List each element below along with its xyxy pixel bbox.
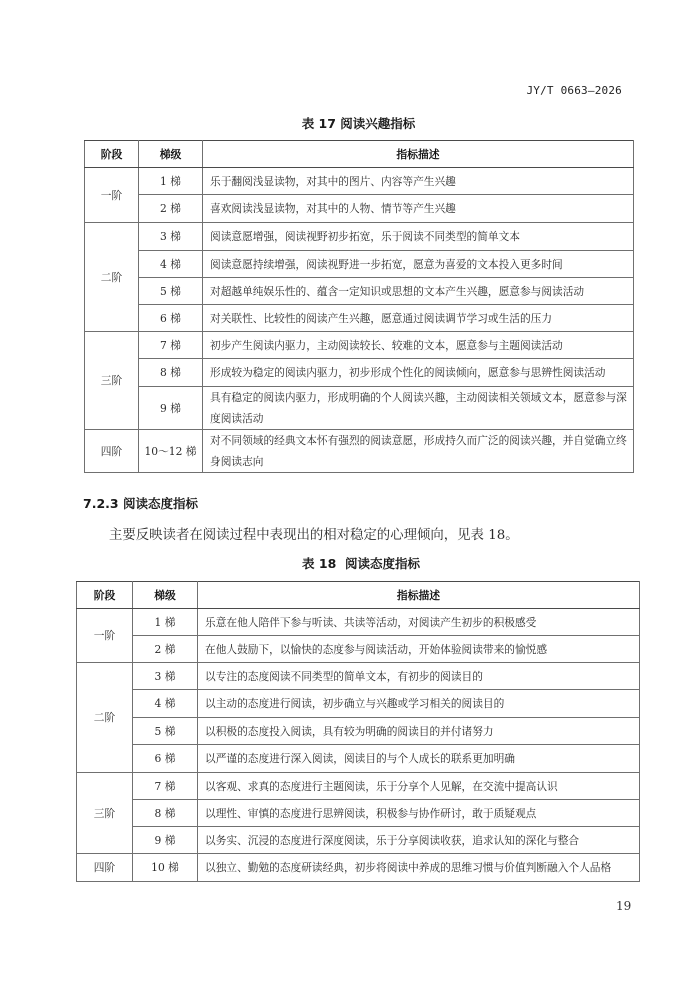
description-cell: 以独立、勤勉的态度研读经典，初步将阅读中养成的思维习惯与价值判断融入个人品格 bbox=[198, 854, 640, 882]
table-row: 二阶 3 梯 阅读意愿增强，阅读视野初步拓宽，乐于阅读不同类型的简单文本 bbox=[85, 223, 634, 251]
column-header-description: 指标描述 bbox=[198, 582, 640, 609]
description-cell: 具有稳定的阅读内驱力，形成明确的个人阅读兴趣，主动阅读相关领域文本，愿意参与深度… bbox=[203, 387, 634, 430]
level-cell: 2 梯 bbox=[133, 636, 198, 663]
description-cell: 初步产生阅读内驱力，主动阅读较长、较难的文本，愿意参与主题阅读活动 bbox=[203, 332, 634, 359]
stage-cell: 二阶 bbox=[85, 223, 139, 332]
reading-interest-table: 阶段 梯级 指标描述 一阶 1 梯 乐于翻阅浅显读物，对其中的图片、内容等产生兴… bbox=[84, 140, 634, 473]
description-cell: 以务实、沉浸的态度进行深度阅读，乐于分享阅读收获，追求认知的深化与整合 bbox=[198, 827, 640, 854]
table-18-caption: 表 18 阅读态度指标 bbox=[76, 554, 646, 572]
column-header-description: 指标描述 bbox=[203, 141, 634, 168]
level-cell: 9 梯 bbox=[133, 827, 198, 854]
description-cell: 以专注的态度阅读不同类型的简单文本，有初步的阅读目的 bbox=[198, 663, 640, 690]
stage-cell: 三阶 bbox=[85, 332, 139, 430]
description-cell: 以积极的态度投入阅读，具有较为明确的阅读目的并付诸努力 bbox=[198, 718, 640, 745]
column-header-level: 梯级 bbox=[133, 582, 198, 609]
column-header-stage: 阶段 bbox=[77, 582, 133, 609]
table-row: 一阶 1 梯 乐于翻阅浅显读物，对其中的图片、内容等产生兴趣 bbox=[85, 168, 634, 195]
reading-attitude-table: 阶段 梯级 指标描述 一阶 1 梯 乐意在他人陪伴下参与听读、共读等活动，对阅读… bbox=[76, 581, 640, 882]
level-cell: 6 梯 bbox=[133, 745, 198, 773]
document-code-header: JY/T 0663—2026 bbox=[522, 84, 622, 97]
stage-cell: 一阶 bbox=[85, 168, 139, 223]
description-cell: 对不同领域的经典文本怀有强烈的阅读意愿，形成持久而广泛的阅读兴趣，并自觉确立终身… bbox=[203, 430, 634, 473]
description-cell: 阅读意愿增强，阅读视野初步拓宽，乐于阅读不同类型的简单文本 bbox=[203, 223, 634, 251]
table-row: 5 梯 以积极的态度投入阅读，具有较为明确的阅读目的并付诸努力 bbox=[77, 718, 640, 745]
level-cell: 7 梯 bbox=[133, 773, 198, 800]
stage-cell: 一阶 bbox=[77, 609, 133, 663]
level-cell: 8 梯 bbox=[139, 359, 203, 387]
level-cell: 5 梯 bbox=[139, 278, 203, 305]
table-17-caption: 表 17 阅读兴趣指标 bbox=[84, 114, 633, 132]
table-row: 四阶 10 梯 以独立、勤勉的态度研读经典，初步将阅读中养成的思维习惯与价值判断… bbox=[77, 854, 640, 882]
description-cell: 乐于翻阅浅显读物，对其中的图片、内容等产生兴趣 bbox=[203, 168, 634, 195]
table-row: 8 梯 形成较为稳定的阅读内驱力，初步形成个性化的阅读倾向，愿意参与思辨性阅读活… bbox=[85, 359, 634, 387]
description-cell: 对超越单纯娱乐性的、蕴含一定知识或思想的文本产生兴趣，愿意参与阅读活动 bbox=[203, 278, 634, 305]
table-header-row: 阶段 梯级 指标描述 bbox=[85, 141, 634, 168]
level-cell: 3 梯 bbox=[139, 223, 203, 251]
section-paragraph: 主要反映读者在阅读过程中表现出的相对稳定的心理倾向，见表 18。 bbox=[109, 524, 519, 543]
description-cell: 以主动的态度进行阅读，初步确立与兴趣或学习相关的阅读目的 bbox=[198, 690, 640, 718]
level-cell: 8 梯 bbox=[133, 800, 198, 827]
table-row: 4 梯 阅读意愿持续增强，阅读视野进一步拓宽，愿意为喜爱的文本投入更多时间 bbox=[85, 251, 634, 278]
level-cell: 1 梯 bbox=[139, 168, 203, 195]
level-cell: 5 梯 bbox=[133, 718, 198, 745]
table-row: 5 梯 对超越单纯娱乐性的、蕴含一定知识或思想的文本产生兴趣，愿意参与阅读活动 bbox=[85, 278, 634, 305]
level-cell: 4 梯 bbox=[139, 251, 203, 278]
column-header-level: 梯级 bbox=[139, 141, 203, 168]
level-cell: 9 梯 bbox=[139, 387, 203, 430]
level-cell: 10～12 梯 bbox=[139, 430, 203, 473]
level-cell: 4 梯 bbox=[133, 690, 198, 718]
level-cell: 7 梯 bbox=[139, 332, 203, 359]
stage-cell: 四阶 bbox=[85, 430, 139, 473]
description-cell: 以严谨的态度进行深入阅读，阅读目的与个人成长的联系更加明确 bbox=[198, 745, 640, 773]
description-cell: 在他人鼓励下，以愉快的态度参与阅读活动，开始体验阅读带来的愉悦感 bbox=[198, 636, 640, 663]
table-header-row: 阶段 梯级 指标描述 bbox=[77, 582, 640, 609]
table-row: 6 梯 对关联性、比较性的阅读产生兴趣，愿意通过阅读调节学习或生活的压力 bbox=[85, 305, 634, 332]
description-cell: 以理性、审慎的态度进行思辨阅读，积极参与协作研讨，敢于质疑观点 bbox=[198, 800, 640, 827]
table-row: 2 梯 在他人鼓励下，以愉快的态度参与阅读活动，开始体验阅读带来的愉悦感 bbox=[77, 636, 640, 663]
table-row: 四阶 10～12 梯 对不同领域的经典文本怀有强烈的阅读意愿，形成持久而广泛的阅… bbox=[85, 430, 634, 473]
level-cell: 10 梯 bbox=[133, 854, 198, 882]
description-cell: 对关联性、比较性的阅读产生兴趣，愿意通过阅读调节学习或生活的压力 bbox=[203, 305, 634, 332]
table-row: 9 梯 以务实、沉浸的态度进行深度阅读，乐于分享阅读收获，追求认知的深化与整合 bbox=[77, 827, 640, 854]
stage-cell: 二阶 bbox=[77, 663, 133, 773]
table-row: 2 梯 喜欢阅读浅显读物，对其中的人物、情节等产生兴趣 bbox=[85, 195, 634, 223]
description-cell: 形成较为稳定的阅读内驱力，初步形成个性化的阅读倾向，愿意参与思辨性阅读活动 bbox=[203, 359, 634, 387]
table-row: 9 梯 具有稳定的阅读内驱力，形成明确的个人阅读兴趣，主动阅读相关领域文本，愿意… bbox=[85, 387, 634, 430]
page-number: 19 bbox=[616, 899, 631, 913]
table-row: 三阶 7 梯 以客观、求真的态度进行主题阅读，乐于分享个人见解，在交流中提高认识 bbox=[77, 773, 640, 800]
level-cell: 1 梯 bbox=[133, 609, 198, 636]
table-row: 4 梯 以主动的态度进行阅读，初步确立与兴趣或学习相关的阅读目的 bbox=[77, 690, 640, 718]
description-cell: 喜欢阅读浅显读物，对其中的人物、情节等产生兴趣 bbox=[203, 195, 634, 223]
level-cell: 2 梯 bbox=[139, 195, 203, 223]
stage-cell: 三阶 bbox=[77, 773, 133, 854]
stage-cell: 四阶 bbox=[77, 854, 133, 882]
level-cell: 6 梯 bbox=[139, 305, 203, 332]
table-row: 一阶 1 梯 乐意在他人陪伴下参与听读、共读等活动，对阅读产生初步的积极感受 bbox=[77, 609, 640, 636]
level-cell: 3 梯 bbox=[133, 663, 198, 690]
table-row: 8 梯 以理性、审慎的态度进行思辨阅读，积极参与协作研讨，敢于质疑观点 bbox=[77, 800, 640, 827]
description-cell: 以客观、求真的态度进行主题阅读，乐于分享个人见解，在交流中提高认识 bbox=[198, 773, 640, 800]
table-row: 三阶 7 梯 初步产生阅读内驱力，主动阅读较长、较难的文本，愿意参与主题阅读活动 bbox=[85, 332, 634, 359]
description-cell: 乐意在他人陪伴下参与听读、共读等活动，对阅读产生初步的积极感受 bbox=[198, 609, 640, 636]
section-heading: 7.2.3 阅读态度指标 bbox=[83, 494, 198, 512]
column-header-stage: 阶段 bbox=[85, 141, 139, 168]
table-row: 二阶 3 梯 以专注的态度阅读不同类型的简单文本，有初步的阅读目的 bbox=[77, 663, 640, 690]
table-row: 6 梯 以严谨的态度进行深入阅读，阅读目的与个人成长的联系更加明确 bbox=[77, 745, 640, 773]
description-cell: 阅读意愿持续增强，阅读视野进一步拓宽，愿意为喜爱的文本投入更多时间 bbox=[203, 251, 634, 278]
